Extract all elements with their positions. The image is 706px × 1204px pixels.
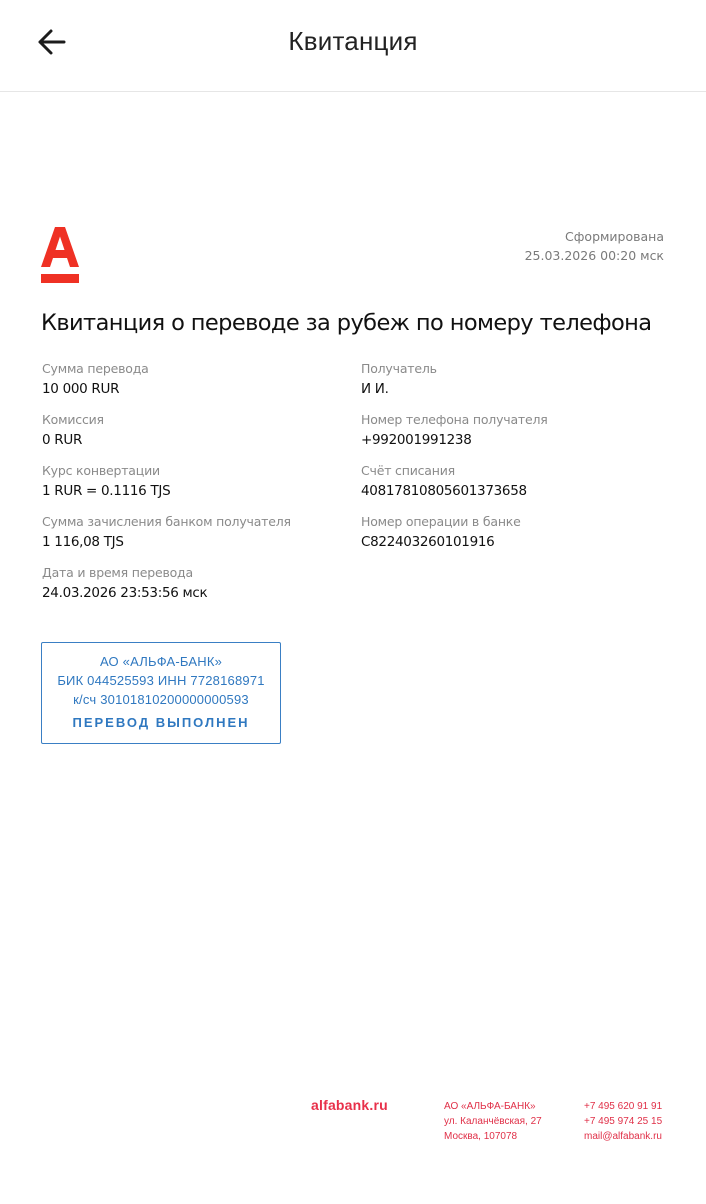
field-operation-number: Номер операции в банке C822403260101916: [361, 513, 681, 564]
fields-right-column: Получатель И И. Номер телефона получател…: [361, 360, 681, 564]
field-label: Курс конвертации: [42, 462, 362, 480]
field-transfer-datetime: Дата и время перевода 24.03.2026 23:53:5…: [42, 564, 362, 615]
formed-label: Сформирована: [525, 227, 664, 246]
field-value: 10 000 RUR: [42, 378, 362, 400]
field-transfer-amount: Сумма перевода 10 000 RUR: [42, 360, 362, 411]
stamp-status: ПЕРЕВОД ВЫПОЛНЕН: [42, 715, 280, 730]
field-label: Сумма зачисления банком получателя: [42, 513, 362, 531]
footer-phone: +7 495 620 91 91: [584, 1099, 662, 1114]
field-value: 1 RUR = 0.1116 TJS: [42, 480, 362, 502]
field-value: 0 RUR: [42, 429, 362, 451]
field-label: Комиссия: [42, 411, 362, 429]
footer-contacts: +7 495 620 91 91 +7 495 974 25 15 mail@a…: [584, 1099, 662, 1144]
field-label: Счёт списания: [361, 462, 681, 480]
field-exchange-rate: Курс конвертации 1 RUR = 0.1116 TJS: [42, 462, 362, 513]
top-app-bar: Квитанция: [0, 0, 706, 92]
footer-email: mail@alfabank.ru: [584, 1129, 662, 1144]
bank-stamp: АО «АЛЬФА-БАНК» БИК 044525593 ИНН 772816…: [41, 642, 281, 744]
receipt-document: Сформирована 25.03.2026 00:20 мск Квитан…: [0, 92, 706, 1204]
stamp-corr-account: к/сч 30101810200000000593: [42, 690, 280, 709]
footer-phone: +7 495 974 25 15: [584, 1114, 662, 1129]
field-credited-amount: Сумма зачисления банком получателя 1 116…: [42, 513, 362, 564]
fields-left-column: Сумма перевода 10 000 RUR Комиссия 0 RUR…: [42, 360, 362, 615]
alfa-bank-logo-icon: [41, 227, 79, 283]
field-value: C822403260101916: [361, 531, 681, 553]
field-recipient: Получатель И И.: [361, 360, 681, 411]
footer-address: АО «АЛЬФА-БАНК» ул. Каланчёвская, 27 Мос…: [444, 1099, 542, 1144]
field-label: Номер телефона получателя: [361, 411, 681, 429]
field-label: Дата и время перевода: [42, 564, 362, 582]
field-value: +992001991238: [361, 429, 681, 451]
page-title: Квитанция: [0, 26, 706, 57]
field-label: Номер операции в банке: [361, 513, 681, 531]
stamp-bik-inn: БИК 044525593 ИНН 7728168971: [42, 671, 280, 690]
footer-address-line: Москва, 107078: [444, 1129, 542, 1144]
receipt-title: Квитанция о переводе за рубеж по номеру …: [41, 310, 651, 336]
footer-address-line: ул. Каланчёвская, 27: [444, 1114, 542, 1129]
field-value: 1 116,08 TJS: [42, 531, 362, 553]
field-recipient-phone: Номер телефона получателя +992001991238: [361, 411, 681, 462]
stamp-bank-name: АО «АЛЬФА-БАНК»: [42, 652, 280, 671]
field-value: 40817810805601373658: [361, 480, 681, 502]
field-value: И И.: [361, 378, 681, 400]
formed-datetime: 25.03.2026 00:20 мск: [525, 246, 664, 265]
field-value: 24.03.2026 23:53:56 мск: [42, 582, 362, 604]
footer-address-line: АО «АЛЬФА-БАНК»: [444, 1099, 542, 1114]
field-label: Сумма перевода: [42, 360, 362, 378]
receipt-footer: alfabank.ru АО «АЛЬФА-БАНК» ул. Каланчёв…: [0, 1097, 706, 1157]
footer-site-link: alfabank.ru: [311, 1097, 388, 1113]
field-debit-account: Счёт списания 40817810805601373658: [361, 462, 681, 513]
field-label: Получатель: [361, 360, 681, 378]
formed-info: Сформирована 25.03.2026 00:20 мск: [525, 227, 664, 265]
field-commission: Комиссия 0 RUR: [42, 411, 362, 462]
